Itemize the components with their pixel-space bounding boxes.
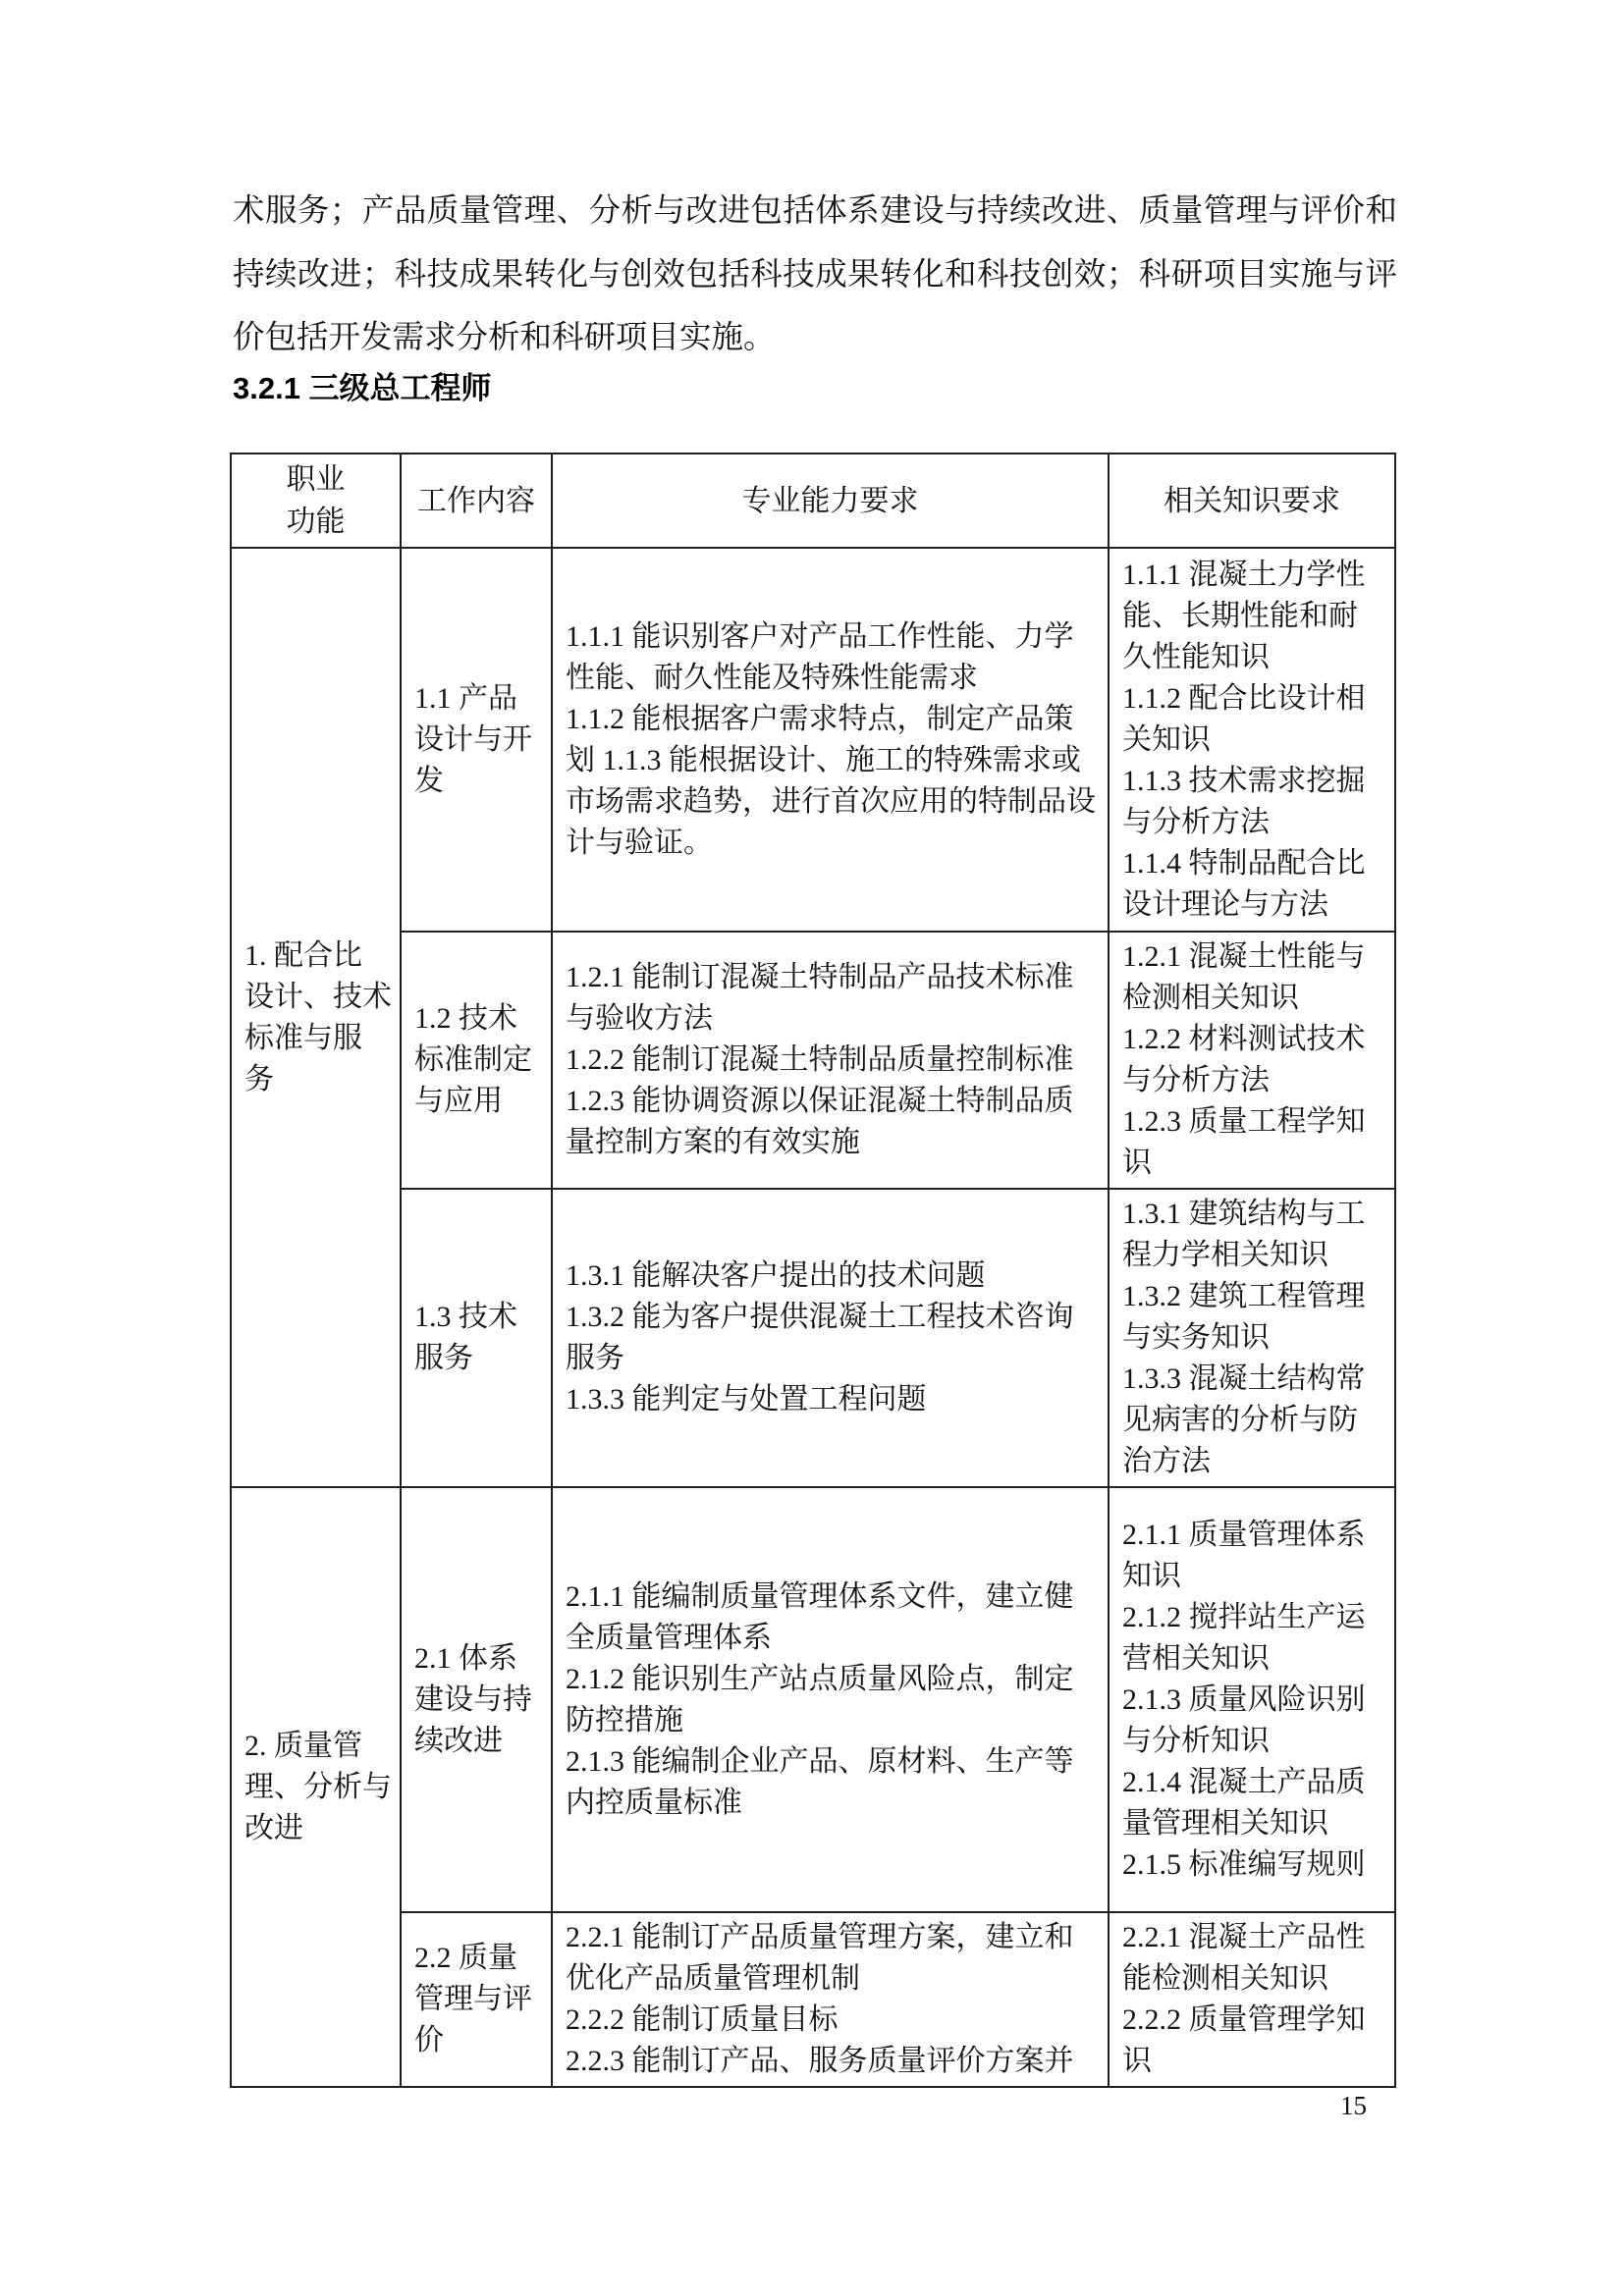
cell-item: 1.2.3 能协调资源以保证混凝土特制品质量控制方案的有效实施 [566, 1081, 1100, 1163]
cell-item: 1.3.3 能判定与处置工程问题 [566, 1379, 1100, 1420]
header-ability-req: 专业能力要求 [552, 454, 1109, 548]
cell-ability-1-3: 1.3.1 能解决客户提出的技术问题1.3.2 能为客户提供混凝土工程技术咨询服… [552, 1189, 1109, 1487]
cell-ability-1-2: 1.2.1 能制订混凝土特制品产品技术标准与验收方法1.2.2 能制订混凝土特制… [552, 932, 1109, 1189]
table-row: 1. 配合比 设计、技术 标准与服 务 1.1 产品 设计与开 发 1.1.1 … [231, 548, 1395, 932]
cell-work-2-1: 2.1 体系 建设与持 续改进 [401, 1487, 552, 1912]
cell-item: 2.2.2 质量管理学知识 [1122, 2000, 1386, 2082]
cell-item: 1.2.1 能制订混凝土特制品产品技术标准与验收方法 [566, 957, 1100, 1040]
cell-item: 1.1.2 配合比设计相关知识 [1122, 678, 1386, 761]
competency-table: 职业 功能 工作内容 专业能力要求 相关知识要求 1. 配合比 设计、技术 标准… [230, 453, 1396, 2088]
cell-work-1-1: 1.1 产品 设计与开 发 [401, 548, 552, 932]
cell-item: 1.1.2 能根据客户需求特点，制定产品策划 1.1.3 能根据设计、施工的特殊… [566, 699, 1100, 864]
cell-item: 2.1.5 标准编写规则 [1122, 1844, 1386, 1886]
cell-knowledge-1-1: 1.1.1 混凝土力学性能、长期性能和耐久性能知识1.1.2 配合比设计相关知识… [1109, 548, 1395, 932]
cell-item: 2.2.3 能制订产品、服务质量评价方案并 [566, 2041, 1100, 2082]
table-row: 1.3 技术 服务 1.3.1 能解决客户提出的技术问题1.3.2 能为客户提供… [231, 1189, 1395, 1487]
cell-item: 1.3.3 混凝土结构常见病害的分析与防治方法 [1122, 1359, 1386, 1482]
cell-ability-2-1: 2.1.1 能编制质量管理体系文件，建立健全质量管理体系2.1.2 能识别生产站… [552, 1487, 1109, 1912]
cell-item: 2.1.2 搅拌站生产运营相关知识 [1122, 1597, 1386, 1680]
cell-ability-2-2: 2.2.1 能制订产品质量管理方案，建立和优化产品质量管理机制2.2.2 能制订… [552, 1912, 1109, 2087]
cell-work-1-3: 1.3 技术 服务 [401, 1189, 552, 1487]
cell-item: 2.2.1 能制订产品质量管理方案，建立和优化产品质量管理机制 [566, 1917, 1100, 2000]
table-row: 2.2 质量 管理与评 价 2.2.1 能制订产品质量管理方案，建立和优化产品质… [231, 1912, 1395, 2087]
cell-item: 1.2.1 混凝土性能与检测相关知识 [1122, 936, 1386, 1019]
table-row: 1.2 技术 标准制定 与应用 1.2.1 能制订混凝土特制品产品技术标准与验收… [231, 932, 1395, 1189]
cell-item: 1.3.1 能解决客户提出的技术问题 [566, 1255, 1100, 1297]
cell-function-1: 1. 配合比 设计、技术 标准与服 务 [231, 548, 401, 1487]
document-page: 术服务；产品质量管理、分析与改进包括体系建设与持续改进、质量管理与评价和持续改进… [0, 0, 1624, 2296]
table-row: 2. 质量管 理、分析与 改进 2.1 体系 建设与持 续改进 2.1.1 能编… [231, 1487, 1395, 1912]
intro-paragraph: 术服务；产品质量管理、分析与改进包括体系建设与持续改进、质量管理与评价和持续改进… [233, 180, 1397, 370]
cell-item: 1.3.1 建筑结构与工程力学相关知识 [1122, 1194, 1386, 1276]
cell-item: 2.2.1 混凝土产品性能检测相关知识 [1122, 1917, 1386, 2000]
cell-item: 1.3.2 能为客户提供混凝土工程技术咨询服务 [566, 1297, 1100, 1379]
page-number: 15 [1276, 2091, 1367, 2121]
cell-item: 1.1.4 特制品配合比设计理论与方法 [1122, 843, 1386, 926]
cell-item: 2.1.2 能识别生产站点质量风险点，制定防控措施 [566, 1659, 1100, 1741]
table-header-row: 职业 功能 工作内容 专业能力要求 相关知识要求 [231, 454, 1395, 548]
cell-item: 2.1.3 质量风险识别与分析知识 [1122, 1680, 1386, 1762]
cell-work-2-2: 2.2 质量 管理与评 价 [401, 1912, 552, 2087]
cell-item: 2.2.2 能制订质量目标 [566, 2000, 1100, 2041]
cell-function-2: 2. 质量管 理、分析与 改进 [231, 1487, 401, 2087]
cell-item: 2.1.4 混凝土产品质量管理相关知识 [1122, 1762, 1386, 1844]
cell-ability-1-1: 1.1.1 能识别客户对产品工作性能、力学性能、耐久性能及特殊性能需求1.1.2… [552, 548, 1109, 932]
cell-item: 1.1.1 能识别客户对产品工作性能、力学性能、耐久性能及特殊性能需求 [566, 616, 1100, 699]
cell-item: 1.1.1 混凝土力学性能、长期性能和耐久性能知识 [1122, 555, 1386, 678]
cell-item: 1.3.2 建筑工程管理与实务知识 [1122, 1276, 1386, 1359]
cell-item: 2.1.3 能编制企业产品、原材料、生产等内控质量标准 [566, 1741, 1100, 1824]
cell-item: 1.2.2 能制订混凝土特制品质量控制标准 [566, 1040, 1100, 1081]
cell-knowledge-1-3: 1.3.1 建筑结构与工程力学相关知识1.3.2 建筑工程管理与实务知识1.3.… [1109, 1189, 1395, 1487]
header-work-content: 工作内容 [401, 454, 552, 548]
cell-item: 1.1.3 技术需求挖掘与分析方法 [1122, 761, 1386, 843]
cell-work-1-2: 1.2 技术 标准制定 与应用 [401, 932, 552, 1189]
cell-item: 2.1.1 能编制质量管理体系文件，建立健全质量管理体系 [566, 1576, 1100, 1659]
cell-knowledge-1-2: 1.2.1 混凝土性能与检测相关知识1.2.2 材料测试技术与分析方法1.2.3… [1109, 932, 1395, 1189]
cell-item: 1.2.3 质量工程学知识 [1122, 1101, 1386, 1184]
header-knowledge-req: 相关知识要求 [1109, 454, 1395, 548]
section-heading: 3.2.1 三级总工程师 [233, 369, 492, 408]
cell-knowledge-2-2: 2.2.1 混凝土产品性能检测相关知识2.2.2 质量管理学知识 [1109, 1912, 1395, 2087]
header-job-function: 职业 功能 [231, 454, 401, 548]
cell-item: 2.1.1 质量管理体系知识 [1122, 1515, 1386, 1597]
cell-item: 1.2.2 材料测试技术与分析方法 [1122, 1019, 1386, 1101]
cell-knowledge-2-1: 2.1.1 质量管理体系知识2.1.2 搅拌站生产运营相关知识2.1.3 质量风… [1109, 1487, 1395, 1912]
